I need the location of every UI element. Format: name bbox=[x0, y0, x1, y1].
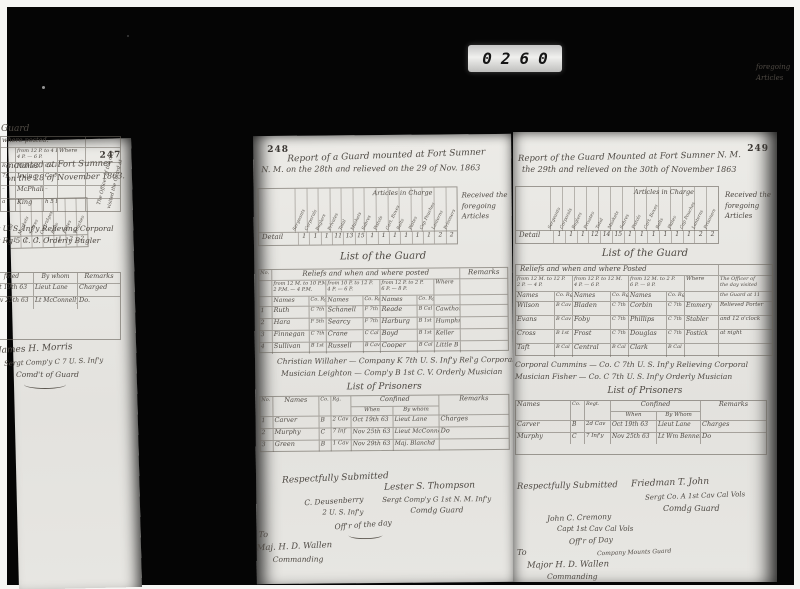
prisoner-by-whom: Lieut Lane bbox=[33, 284, 77, 296]
prisoner-reg: 1 Cav bbox=[331, 440, 351, 451]
guard-cell-fragment: a bbox=[1, 199, 15, 211]
guard-cell-extra: Emmery bbox=[684, 302, 718, 315]
empty-cell bbox=[259, 281, 271, 296]
guard-cell-co: C 7th bbox=[610, 330, 628, 343]
articles-column-label: Pistols bbox=[632, 214, 643, 230]
guard-where-header: Where bbox=[57, 148, 85, 162]
guard-list-heading: List of the Guard bbox=[254, 250, 512, 263]
prisoners-co-header: Co. bbox=[570, 401, 584, 411]
guard-cell-name: Evans bbox=[516, 316, 554, 329]
prisoners-remarks-header: Remarks bbox=[77, 273, 120, 283]
guard-cell-co: C 7th bbox=[610, 316, 628, 329]
articles-column-label: Plates bbox=[668, 215, 679, 230]
empty-cell bbox=[459, 279, 507, 294]
guard-co-header: Co. Rg bbox=[43, 163, 57, 172]
prisoner-when: Oct 19th 63 bbox=[350, 416, 392, 427]
guard-cell-name bbox=[57, 199, 85, 211]
prisoner-by-whom: Lt McConnelly bbox=[33, 297, 77, 309]
prisoners-row: Oct 19th 63 Lieut Lane Charged bbox=[0, 283, 120, 296]
guard-cell-co: B 1st bbox=[417, 330, 434, 341]
empty-cell bbox=[330, 406, 350, 415]
remark-line: the day visited bbox=[720, 282, 771, 288]
prisoner-by-whom: Maj. Blanchd bbox=[393, 440, 439, 451]
guard-cell-co: – bbox=[43, 186, 57, 198]
guard-table: Reliefs and when and where Posted from 1… bbox=[515, 264, 773, 356]
guard-row: Evans B Cav Foby C 7th Phillips C 7th St… bbox=[516, 315, 772, 329]
orderly-musician-line: Musician Fisher — Co. C 7th U. S. Inf'y … bbox=[515, 372, 732, 381]
prisoners-rows: Oct 19th 63 Lieut Lane Charged Nov 25th … bbox=[0, 283, 120, 309]
guard-where-header: Where bbox=[684, 276, 718, 291]
detail-label: Detail bbox=[259, 233, 298, 245]
guard-heading-fragment: Guard bbox=[1, 124, 29, 134]
guard-cell-co: F 7th bbox=[363, 318, 380, 329]
guard-names-header: Names bbox=[271, 297, 308, 306]
relieving-corporal-line: y U. S. Inf'y Relieving Corporal bbox=[0, 224, 114, 233]
guard-cell-co: F 5th bbox=[309, 319, 326, 330]
guard-reliefs-header: Reliefs and when and where Posted bbox=[516, 265, 718, 275]
guard-cell-co: B 1st bbox=[554, 330, 572, 343]
guard-cell-no: 2 bbox=[260, 319, 272, 330]
prisoners-rows: Carver B 2d Cav Oct 19th 63 Lieut Lane C… bbox=[516, 420, 766, 444]
guard-cell-name: Clark bbox=[628, 344, 666, 357]
guard-cell-name: Harburg bbox=[380, 318, 417, 329]
prisoner-remarks: Charges bbox=[438, 415, 508, 427]
guard-cell-remarks bbox=[460, 317, 508, 328]
detail-value: 1 bbox=[321, 232, 332, 244]
articles-column-label: Buglers bbox=[572, 212, 584, 230]
guard-row: Cross B 1st Frost C 7th Douglas C 7th Fo… bbox=[516, 329, 772, 343]
officer-line3: Off'r of Day bbox=[569, 535, 613, 546]
prisoners-row: Murphy C 7 Inf'y Nov 25th 63 Lt Wm Benne… bbox=[516, 432, 766, 444]
guard-cell-fragment: 7y bbox=[1, 173, 15, 185]
prisoners-heading: List of Prisoners bbox=[255, 381, 513, 393]
articles-column-label: Plates bbox=[408, 216, 419, 231]
prisoners-row: 1 Carver B 2 Cav Oct 19th 63 Lieut Lane … bbox=[260, 414, 508, 428]
guard-remark-note: The Officer ofthe day visited bbox=[718, 276, 772, 291]
articles-column: Prisoners bbox=[706, 187, 718, 231]
prisoners-heading: List of Prisoners bbox=[513, 386, 777, 396]
guard-cell-name: Crane bbox=[326, 330, 363, 341]
detail-values: 11112141511111122 bbox=[553, 231, 718, 243]
guard-cell-name: Irving bbox=[15, 173, 43, 185]
guard-cell-name: Boyd bbox=[380, 330, 417, 341]
detail-values: 11111131511111122 bbox=[298, 231, 457, 244]
respectfully-submitted: Respectfully Submitted bbox=[517, 480, 618, 492]
detail-value: 14 bbox=[600, 231, 612, 243]
guard-period-3: from 12 P. to 2 P.6 P. — 8 P. bbox=[379, 280, 433, 295]
guard-list-heading: List of the Guard bbox=[513, 248, 777, 259]
prisoner-remarks: Charged bbox=[77, 284, 120, 296]
guard-cell-name: Taft bbox=[516, 344, 554, 357]
guard-names-header: Names bbox=[516, 292, 554, 301]
detail-value: 1 bbox=[647, 231, 659, 243]
report-title-line1: Report of a Guard mounted at Fort Sumner bbox=[287, 148, 485, 165]
guard-row: Taft B Cal Central B Cal Clark B Cal bbox=[516, 343, 772, 357]
to-label: To bbox=[258, 530, 268, 539]
detail-row: Detail 11112141511111122 bbox=[516, 230, 718, 243]
empty-cell bbox=[85, 148, 120, 162]
guard-cell-co: B 1st bbox=[417, 318, 434, 329]
to-label: To bbox=[517, 548, 527, 557]
detail-value: 2 bbox=[694, 231, 706, 243]
microfilm-scan: 0260 247 mounted at Fort Sumner on the 2… bbox=[0, 0, 800, 589]
guard-cell-co: B Cal bbox=[554, 344, 572, 357]
officer-signature: C. Deusenberry bbox=[304, 495, 364, 508]
guard-remarks-header: Remarks bbox=[459, 268, 507, 278]
period-line: 6 P. — 8 P. bbox=[381, 286, 432, 293]
guard-cell-name: Central bbox=[572, 344, 610, 357]
prisoner-co: C bbox=[319, 428, 331, 439]
guard-co-header: Co. Rg bbox=[610, 292, 628, 301]
empty-cell bbox=[1, 148, 15, 162]
prisoner-no: 1 bbox=[261, 417, 273, 428]
signature-line3: Comd't of Guard bbox=[16, 370, 79, 379]
prisoner-remarks: Do bbox=[439, 427, 509, 439]
articles-column-label: Privates bbox=[584, 211, 597, 230]
prisoners-reg-header: Regt. bbox=[584, 401, 610, 411]
prisoner-name: Carver bbox=[273, 417, 319, 428]
guard-cell-remarks bbox=[718, 344, 772, 357]
guard-cell-name: Bladen bbox=[572, 302, 610, 315]
period-line: 4 P. — 6 P. bbox=[574, 282, 627, 288]
prisoners-confined-header: Confined bbox=[610, 401, 700, 411]
guard-cell-name: Douglas bbox=[628, 330, 666, 343]
guard-frag-header: Rgt bbox=[1, 163, 15, 172]
detail-value: 1 bbox=[423, 232, 434, 244]
guard-cell-extra bbox=[684, 344, 718, 357]
guard-cell-name: Russell bbox=[326, 342, 363, 353]
frame-counter-digits: 0260 bbox=[473, 49, 557, 68]
detail-value: 1 bbox=[553, 231, 565, 243]
prisoner-when: Oct 19th 63 bbox=[0, 284, 33, 296]
signature-flourish bbox=[24, 380, 66, 389]
sergeant-line2: Sergt Comp'y G 1st N. M. Inf'y bbox=[382, 495, 491, 504]
guard-cell-co: C 7th bbox=[309, 331, 326, 342]
guard-cell-name: Cross bbox=[516, 330, 554, 343]
empty-cell bbox=[318, 406, 330, 415]
empty-cell bbox=[684, 292, 718, 301]
articles-note: Received the foregoing Articles bbox=[725, 190, 773, 222]
prisoner-when: Oct 19th 63 bbox=[610, 421, 656, 432]
guard-cell-name: Searcy bbox=[326, 318, 363, 329]
detail-value: 1 bbox=[624, 231, 636, 243]
addressee-title: Commanding bbox=[547, 572, 598, 581]
guard-cell-remarks: at night bbox=[718, 330, 772, 343]
prisoner-remarks: Do. bbox=[77, 297, 120, 309]
prisoners-row: 2 Murphy C 7 Inf Nov 25th 63 Lieut McCon… bbox=[261, 426, 509, 440]
guard-co-header: Co. Rg bbox=[554, 292, 572, 301]
detail-value: 1 bbox=[309, 233, 320, 245]
detail-value: 15 bbox=[612, 231, 624, 243]
empty-cell bbox=[433, 295, 459, 304]
report-title-line2: the 29th and relieved on the 30th of Nov… bbox=[522, 165, 736, 174]
guard-cell-co: B Cal bbox=[666, 344, 684, 357]
prisoner-co: B bbox=[318, 416, 330, 427]
detail-value: 1 bbox=[411, 232, 422, 244]
detail-value: 2 bbox=[434, 231, 445, 243]
orderly-line: y Rg 5 C. C. Orderly Bugler bbox=[0, 236, 100, 245]
prisoners-by-whom-header: By whom bbox=[392, 406, 438, 415]
detail-value: 15 bbox=[355, 232, 366, 244]
guard-cell-name: Reade bbox=[380, 306, 417, 317]
guard-period-2: from 12 P. to 12 M.4 P. — 6 P. bbox=[572, 276, 628, 291]
detail-value: 1 bbox=[671, 231, 683, 243]
detail-label: Detail bbox=[516, 231, 553, 243]
detail-value: 1 bbox=[298, 233, 309, 245]
articles-column-label: Prisoners bbox=[443, 209, 457, 231]
guard-posted-header: where posted. bbox=[1, 137, 85, 147]
guard-cell-co: B Cal bbox=[610, 344, 628, 357]
prisoner-when: Nov 25th 63 bbox=[0, 297, 33, 309]
addressee: Major H. D. Wallen bbox=[527, 559, 609, 570]
empty-cell bbox=[260, 407, 272, 416]
prisoner-name: Green bbox=[273, 441, 319, 452]
prisoners-table: fined By whom Remarks Oct 19th 63 Lieut … bbox=[0, 272, 121, 340]
relieving-corporal-line: Corporal Cummins — Co. C 7th U. S. Inf'y… bbox=[515, 360, 748, 369]
guard-names-header: Names bbox=[15, 163, 43, 172]
prisoners-row: Carver B 2d Cav Oct 19th 63 Lieut Lane C… bbox=[516, 420, 766, 432]
guard-co-header: Co. Rg bbox=[666, 292, 684, 301]
sergeant-line2: Sergt Co. A 1st Cav Cal Vols bbox=[645, 490, 745, 501]
sergeant-signature: Lester S. Thompson bbox=[384, 480, 475, 492]
guard-co-header: Co. Rg bbox=[416, 296, 433, 305]
detail-value: 1 bbox=[577, 231, 589, 243]
guard-period-1: from 12 M. to 12 P.2 P. — 4 P. bbox=[516, 276, 572, 291]
guard-cell-co: C Cal bbox=[363, 330, 380, 341]
guard-cell-extra: Keller bbox=[434, 329, 460, 340]
period-line: 4 P. — 6 P. bbox=[327, 286, 378, 293]
empty-cell bbox=[438, 405, 508, 415]
guard-reliefs-header: Reliefs and when and where posted bbox=[271, 268, 459, 280]
guard-table: No. Reliefs and when and where posted Re… bbox=[258, 267, 509, 353]
relieving-corporal-line: Christian Willaher — Company K 7th U. S.… bbox=[277, 355, 515, 366]
guard-co-header: Co. Rg bbox=[308, 297, 325, 306]
prisoner-remarks: Do bbox=[700, 433, 766, 444]
guard-cell-remarks bbox=[460, 305, 508, 316]
prisoner-name: Carver bbox=[516, 421, 570, 432]
prisoner-when: Nov 29th 63 bbox=[351, 440, 393, 451]
guard-period-1: from 12 M. to 10 P.M.2 P.M. — 4 P.M. bbox=[271, 281, 325, 296]
detail-value: 1 bbox=[366, 232, 377, 244]
guard-cell-name: King bbox=[15, 199, 43, 211]
empty-cell bbox=[570, 411, 584, 420]
guard-remark-note: the Guard at 11 bbox=[718, 292, 772, 301]
guard-cell-remarks: Relieved Porter bbox=[718, 302, 772, 315]
prisoner-when: Nov 25th 63 bbox=[610, 433, 656, 444]
guard-where-header: Where bbox=[433, 279, 459, 294]
guard-cell-extra: Fostick bbox=[684, 330, 718, 343]
empty-cell bbox=[85, 137, 120, 147]
detail-value: 1 bbox=[659, 231, 671, 243]
guard-names-header: Names bbox=[325, 296, 362, 305]
prisoners-table: No. Names Co. Rg. Confined Remarks When … bbox=[259, 394, 509, 452]
report-title-line2: N. M. on the 28th and relieved on the 29… bbox=[261, 163, 480, 174]
guard-cell-extra: Little B bbox=[434, 341, 460, 352]
guard-period-3: from 12 M. to 2 P.6 P. — 8 P. bbox=[628, 276, 684, 291]
prisoner-by-whom: Lieut McConnelly bbox=[393, 428, 439, 439]
empty-cell bbox=[584, 411, 610, 420]
guard-cell-fragment: – bbox=[1, 186, 15, 198]
guard-cell-co: C 7th bbox=[309, 307, 326, 318]
period-line: 4 P. — 6 P. bbox=[17, 154, 56, 160]
guard-cell-remarks bbox=[460, 329, 508, 340]
prisoner-when: Nov 25th 63 bbox=[351, 428, 393, 439]
prisoners-reg-header: Rg. bbox=[330, 396, 350, 406]
prisoner-reg: 2 Cav bbox=[330, 416, 350, 427]
empty-cell bbox=[718, 265, 772, 275]
prisoner-name: Murphy bbox=[516, 433, 570, 444]
prisoners-confined-header: fined bbox=[0, 273, 33, 283]
guard-names-header: Names bbox=[572, 292, 610, 301]
guard-cell-co: C 7th bbox=[666, 316, 684, 329]
guard-names-header: Names bbox=[379, 296, 416, 305]
prisoner-co: B bbox=[570, 421, 584, 432]
addressee-title: Commanding bbox=[273, 555, 324, 564]
addressee: Maj. H. D. Wallen bbox=[256, 540, 332, 553]
sergeant-signature: Friedman T. John bbox=[631, 477, 709, 490]
officer-line2: 2 U. S. Inf'y bbox=[322, 508, 363, 516]
orderly-musician-line: Musician Leighton — Comp'y B 1st C. V. O… bbox=[281, 367, 502, 378]
articles-column-label: Pistols bbox=[373, 215, 384, 231]
guard-row: 1 Ruth C 7th Schanell F 7th Reade B Cal … bbox=[260, 304, 508, 318]
prisoners-when-header: When bbox=[350, 406, 392, 415]
prisoner-remarks: Charges bbox=[700, 421, 766, 432]
guard-cell-name: McPhall bbox=[15, 186, 43, 198]
prisoner-by-whom: Lieut Lane bbox=[656, 421, 700, 432]
guard-period: from 12 P. to 4 P.4 P. — 6 P. bbox=[15, 148, 57, 162]
prisoners-by-whom-header: By whom bbox=[33, 273, 77, 283]
detail-value: 1 bbox=[565, 231, 577, 243]
sergeant-line3: Comdg Guard bbox=[663, 504, 720, 513]
guard-row: Wilson B Cav Bladen C 7th Corbin C 7th E… bbox=[516, 301, 772, 315]
guard-cell-extra: Cawthorn bbox=[434, 305, 460, 316]
prisoners-by-whom-header: By Whom bbox=[656, 411, 700, 420]
prisoner-by-whom: Lt Wm Bennett bbox=[656, 433, 700, 444]
period-line: 2 P.M. — 4 P.M. bbox=[273, 287, 324, 294]
empty-cell bbox=[259, 297, 271, 306]
period-line: 2 P. — 4 P. bbox=[517, 282, 571, 288]
empty-cell bbox=[272, 407, 318, 416]
prisoner-reg: 7 Inf'y bbox=[584, 433, 610, 444]
guard-row: 4 Sullivan B 1st Russell B Cav Cooper B … bbox=[260, 340, 508, 354]
guard-cell-co: B Cav bbox=[554, 316, 572, 329]
prisoners-remarks-header: Remarks bbox=[700, 401, 766, 411]
guard-cell-name: Hara bbox=[272, 319, 309, 330]
guard-row: 2 Hara F 5th Searcy F 7th Harburg B 1st … bbox=[260, 316, 508, 330]
officer-line3: Off'r of the day bbox=[334, 518, 392, 531]
page-249: 249 Report of the Guard Mounted at Fort … bbox=[513, 132, 777, 582]
prisoners-when-header: When bbox=[610, 411, 656, 420]
film-speck bbox=[42, 86, 45, 89]
prisoner-co: B bbox=[319, 440, 331, 451]
prisoners-co-header: Co. bbox=[318, 396, 330, 406]
prisoner-reg: 7 Inf bbox=[331, 428, 351, 439]
guard-rows: 1 Ruth C 7th Schanell F 7th Reade B Cal … bbox=[260, 304, 508, 354]
guard-cell-name: Frost bbox=[572, 330, 610, 343]
empty-cell bbox=[459, 295, 507, 304]
prisoner-no: 2 bbox=[261, 429, 273, 440]
guard-co-header: Co. Rg bbox=[362, 296, 379, 305]
page-248: 248 Report of a Guard mounted at Fort Su… bbox=[253, 134, 515, 584]
prisoner-remarks bbox=[439, 439, 509, 451]
articles-note: Received the foregoing Articles bbox=[462, 190, 508, 222]
detail-value: 2 bbox=[446, 231, 457, 243]
articles-table: Articles in Charge SergeantsCorporalsBug… bbox=[515, 186, 719, 244]
prisoner-no: 3 bbox=[261, 441, 273, 452]
articles-column-label: Sabres bbox=[620, 214, 631, 230]
respectfully-submitted: Respectfully Submitted bbox=[282, 471, 389, 486]
guard-cell-name: Foby bbox=[572, 316, 610, 329]
page-number: 249 bbox=[747, 144, 769, 154]
prisoners-no-header: No. bbox=[260, 397, 272, 407]
empty-cell bbox=[516, 411, 570, 420]
guard-cell-name: Ruth bbox=[272, 307, 309, 318]
guard-cell-co: Co 7y bbox=[43, 173, 57, 185]
articles-column-label: Buglers bbox=[316, 213, 328, 231]
guard-cell-co: C 7th bbox=[666, 302, 684, 315]
guard-cell-extra: Stabler bbox=[684, 316, 718, 329]
sergeant-line3: Comdg Guard bbox=[410, 505, 463, 514]
guard-cell-remarks bbox=[460, 341, 508, 352]
guard-cell-name: Sullivan bbox=[272, 343, 309, 354]
guard-cell-name: Wilson bbox=[516, 302, 554, 315]
officer-line4: Company Mounts Guard bbox=[597, 548, 671, 558]
empty-cell bbox=[700, 411, 766, 420]
guard-cell-co: B Cal bbox=[417, 306, 434, 317]
empty-cell bbox=[57, 163, 85, 172]
detail-value: 12 bbox=[588, 231, 600, 243]
guard-cell-co: F 7th bbox=[363, 306, 380, 317]
articles-column-label: Prisoners bbox=[704, 208, 718, 230]
guard-cell-extra: Humphrey bbox=[434, 317, 460, 328]
officer-line2: Capt 1st Cav Cal Vols bbox=[557, 525, 633, 533]
guard-cell-name: Cooper bbox=[380, 342, 417, 353]
prisoners-names-header: Names bbox=[516, 401, 570, 411]
frame-counter: 0260 bbox=[468, 45, 562, 72]
detail-value: 1 bbox=[635, 231, 647, 243]
guard-cell-co: B Cav bbox=[554, 302, 572, 315]
prisoner-reg: 2d Cav bbox=[584, 421, 610, 432]
prisoner-co: C bbox=[570, 433, 584, 444]
detail-row: Detail 11111131511111122 bbox=[259, 230, 457, 245]
guard-row: 3 Finnegan C 7th Crane C Cal Boyd B 1st … bbox=[260, 328, 508, 342]
guard-cell-co: B 1st bbox=[309, 343, 326, 354]
guard-cell-name: Phillips bbox=[628, 316, 666, 329]
prisoners-rows: 1 Carver B 2 Cav Oct 19th 63 Lieut Lane … bbox=[260, 414, 508, 452]
guard-cell-name bbox=[57, 173, 85, 185]
prisoners-row: Nov 25th 63 Lt McConnelly Do. bbox=[0, 296, 120, 309]
detail-value: 1 bbox=[683, 231, 695, 243]
officer-signature: John C. Cremony bbox=[547, 512, 612, 523]
guard-no-header: No. bbox=[259, 270, 271, 280]
guard-cell-name: Finnegan bbox=[272, 331, 309, 342]
detail-value: 13 bbox=[343, 232, 354, 244]
guard-period-2: from 10 P. to 12 P.4 P. — 6 P. bbox=[325, 280, 379, 295]
detail-value: 11 bbox=[332, 232, 343, 244]
guard-cell-name: Corbin bbox=[628, 302, 666, 315]
detail-value: 1 bbox=[377, 232, 388, 244]
guard-cell-co: C 7th bbox=[666, 330, 684, 343]
guard-cell-no: 1 bbox=[260, 307, 272, 318]
period-line: 6 P. — 8 P. bbox=[630, 282, 683, 288]
detail-value: 1 bbox=[389, 232, 400, 244]
guard-cell-no: 3 bbox=[260, 331, 272, 342]
articles-column-label: Sabres bbox=[362, 215, 373, 231]
signature-flourish bbox=[349, 531, 383, 539]
guard-cell-name bbox=[57, 186, 85, 198]
articles-note: foregoing Articles bbox=[756, 62, 798, 83]
prisoner-name: Murphy bbox=[273, 429, 319, 440]
